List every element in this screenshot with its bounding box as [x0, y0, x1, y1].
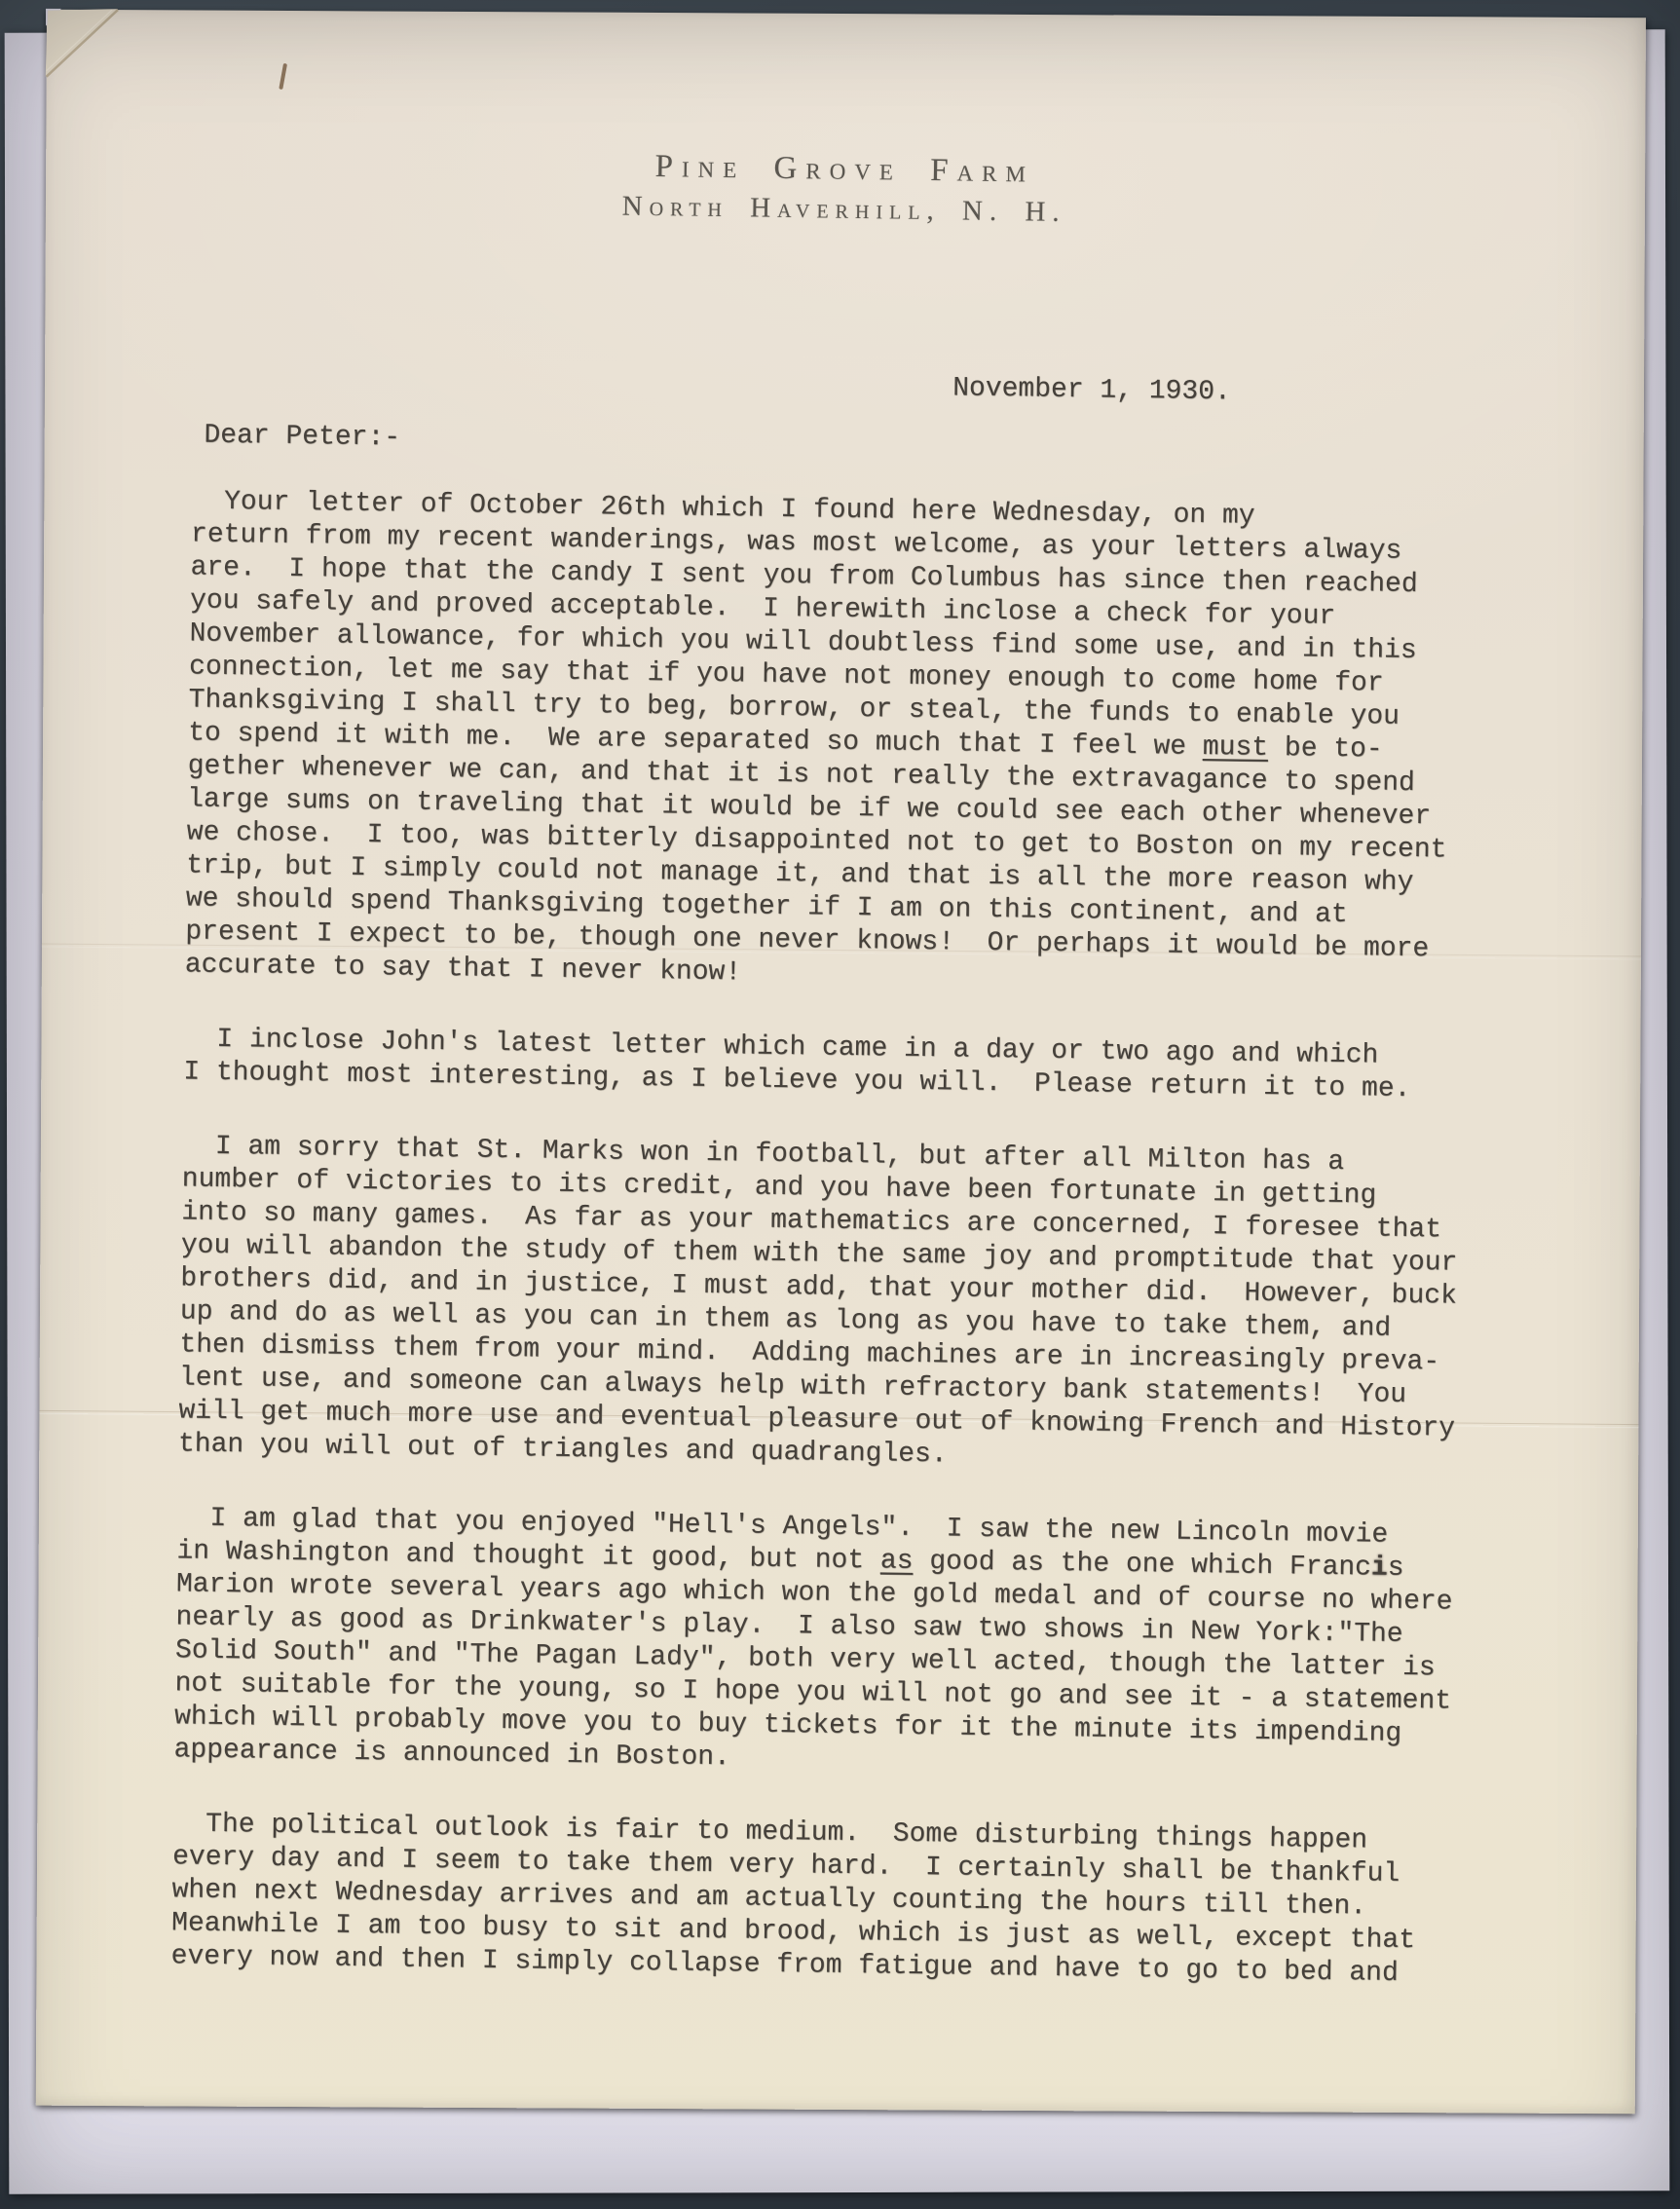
letter-page: Pine Grove Farm North Haverhill, N. H. N…: [36, 10, 1646, 2115]
letterhead: Pine Grove Farm North Haverhill, N. H.: [45, 140, 1645, 237]
letter-body: Your letter of October 26th which I foun…: [170, 485, 1468, 2032]
paragraph: I inclose John's latest letter which cam…: [183, 1023, 1460, 1106]
photo-background: Pine Grove Farm North Haverhill, N. H. N…: [0, 0, 1680, 2209]
salutation: Dear Peter:-: [204, 420, 400, 456]
paragraph: The political outlook is fair to medium.…: [170, 1808, 1449, 1991]
paragraph: I am glad that you enjoyed "Hell's Angel…: [173, 1502, 1453, 1784]
date-line: November 1, 1930.: [952, 372, 1231, 409]
letter-content: Pine Grove Farm North Haverhill, N. H. N…: [19, 8, 1647, 2126]
paragraph: I am sorry that St. Marks won in footbal…: [178, 1130, 1459, 1479]
paragraph: Your letter of October 26th which I foun…: [185, 485, 1469, 999]
